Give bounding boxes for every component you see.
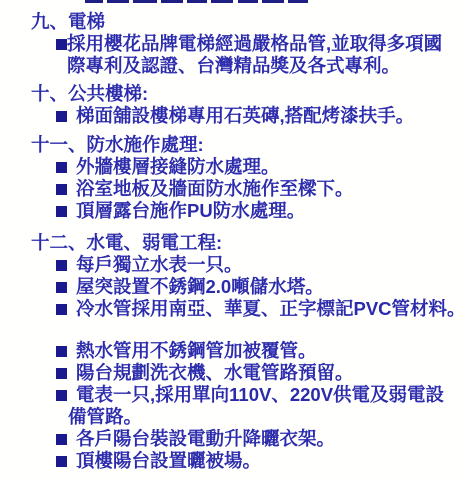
bullet-square-icon bbox=[56, 111, 67, 122]
clipped-glyph-fragment bbox=[211, 0, 233, 3]
clipped-glyph-fragment bbox=[238, 0, 258, 3]
bullet-square-icon bbox=[56, 260, 67, 271]
spec-text-line: 梯面舖設樓梯專用石英磚,搭配烤漆扶手。 bbox=[76, 105, 414, 127]
clipped-glyph-fragment bbox=[161, 0, 183, 3]
spec-text-line: 每戶獨立水表一只。 bbox=[76, 254, 243, 276]
bullet-square-icon bbox=[56, 206, 67, 217]
bullet-square-icon bbox=[56, 456, 67, 467]
clipped-text-top bbox=[0, 0, 472, 3]
section-plumbing-electrical: 十二、水電、弱電工程: 每戶獨立水表一只。 屋突設置不銹鋼2.0噸儲水塔。 冷水… bbox=[0, 232, 472, 472]
bullet-square-icon bbox=[56, 346, 67, 357]
spec-item: 熱水管用不銹鋼管加被覆管。 bbox=[56, 340, 472, 362]
spec-item: 每戶獨立水表一只。 bbox=[56, 254, 472, 276]
clipped-glyph-fragment bbox=[262, 0, 284, 3]
bullet-square-icon bbox=[56, 282, 67, 293]
spec-text-line: 頂樓陽台設置曬被場。 bbox=[76, 450, 261, 472]
section-waterproofing: 十一、防水施作處理: 外牆樓層接縫防水處理。 浴室地板及牆面防水施作至樑下。 頂… bbox=[0, 134, 472, 222]
spec-item: 電表一只,採用單向110V、220V供電及弱電設 備管路。 bbox=[56, 384, 472, 428]
spec-text-line: 電表一只,採用單向110V、220V供電及弱電設 bbox=[76, 384, 444, 406]
spec-text-line: 各戶陽台裝設電動升降曬衣架。 bbox=[76, 428, 335, 450]
section-heading: 十一、防水施作處理: bbox=[31, 134, 472, 156]
bullet-square-icon bbox=[56, 304, 67, 315]
bullet-square-icon bbox=[56, 434, 67, 445]
spec-text-line: 冷水管採用南亞、華夏、正字標記PVC管材料。 bbox=[76, 298, 466, 320]
clipped-glyph-fragment bbox=[187, 0, 207, 3]
clipped-glyph-fragment bbox=[288, 0, 308, 3]
spec-text-line: 外牆樓層接縫防水處理。 bbox=[76, 156, 280, 178]
clipped-glyph-fragment bbox=[85, 0, 103, 3]
spec-text-line: 屋突設置不銹鋼2.0噸儲水塔。 bbox=[76, 276, 324, 298]
spec-text-line: 備管路。 bbox=[68, 406, 444, 428]
section-heading: 十二、水電、弱電工程: bbox=[31, 232, 472, 254]
spec-item: 陽台規劃洗衣機、水電管路預留。 bbox=[56, 362, 472, 384]
spec-document: 九、電梯 採用櫻花品牌電梯經過嚴格品管,並取得多項國 際專利及認證、台灣精品獎及… bbox=[0, 11, 472, 472]
clipped-glyph-fragment bbox=[133, 0, 157, 3]
spec-item: 屋突設置不銹鋼2.0噸儲水塔。 bbox=[56, 276, 472, 298]
spec-text-line: 採用櫻花品牌電梯經過嚴格品管,並取得多項國 bbox=[67, 33, 442, 55]
bullet-square-icon bbox=[56, 162, 67, 173]
spec-item: 梯面舖設樓梯專用石英磚,搭配烤漆扶手。 bbox=[56, 105, 472, 127]
spec-item: 冷水管採用南亞、華夏、正字標記PVC管材料。 bbox=[56, 298, 472, 320]
spec-item: 浴室地板及牆面防水施作至樑下。 bbox=[56, 178, 472, 200]
spec-text-line: 浴室地板及牆面防水施作至樑下。 bbox=[76, 178, 354, 200]
spec-text-line: 陽台規劃洗衣機、水電管路預留。 bbox=[76, 362, 354, 384]
section-elevator: 九、電梯 採用櫻花品牌電梯經過嚴格品管,並取得多項國 際專利及認證、台灣精品獎及… bbox=[0, 11, 472, 77]
bullet-square-icon bbox=[56, 390, 67, 401]
spec-text-line: 際專利及認證、台灣精品獎及各式專利。 bbox=[67, 55, 442, 77]
spec-item: 外牆樓層接縫防水處理。 bbox=[56, 156, 472, 178]
bullet-square-icon bbox=[56, 184, 67, 195]
spec-text-line: 頂層露台施作PU防水處理。 bbox=[76, 200, 305, 222]
bullet-square-icon bbox=[56, 39, 67, 50]
section-public-stairs: 十、公共樓梯: 梯面舖設樓梯專用石英磚,搭配烤漆扶手。 bbox=[0, 83, 472, 127]
spec-item: 各戶陽台裝設電動升降曬衣架。 bbox=[56, 428, 472, 450]
section-heading: 九、電梯 bbox=[31, 11, 472, 33]
spec-item: 頂樓陽台設置曬被場。 bbox=[56, 450, 472, 472]
section-heading: 十、公共樓梯: bbox=[31, 83, 472, 105]
spec-item: 採用櫻花品牌電梯經過嚴格品管,並取得多項國 際專利及認證、台灣精品獎及各式專利。 bbox=[56, 33, 472, 77]
clipped-glyph-fragment bbox=[107, 0, 129, 3]
spec-item: 頂層露台施作PU防水處理。 bbox=[56, 200, 472, 222]
bullet-square-icon bbox=[56, 368, 67, 379]
spec-text-line: 熱水管用不銹鋼管加被覆管。 bbox=[76, 340, 317, 362]
